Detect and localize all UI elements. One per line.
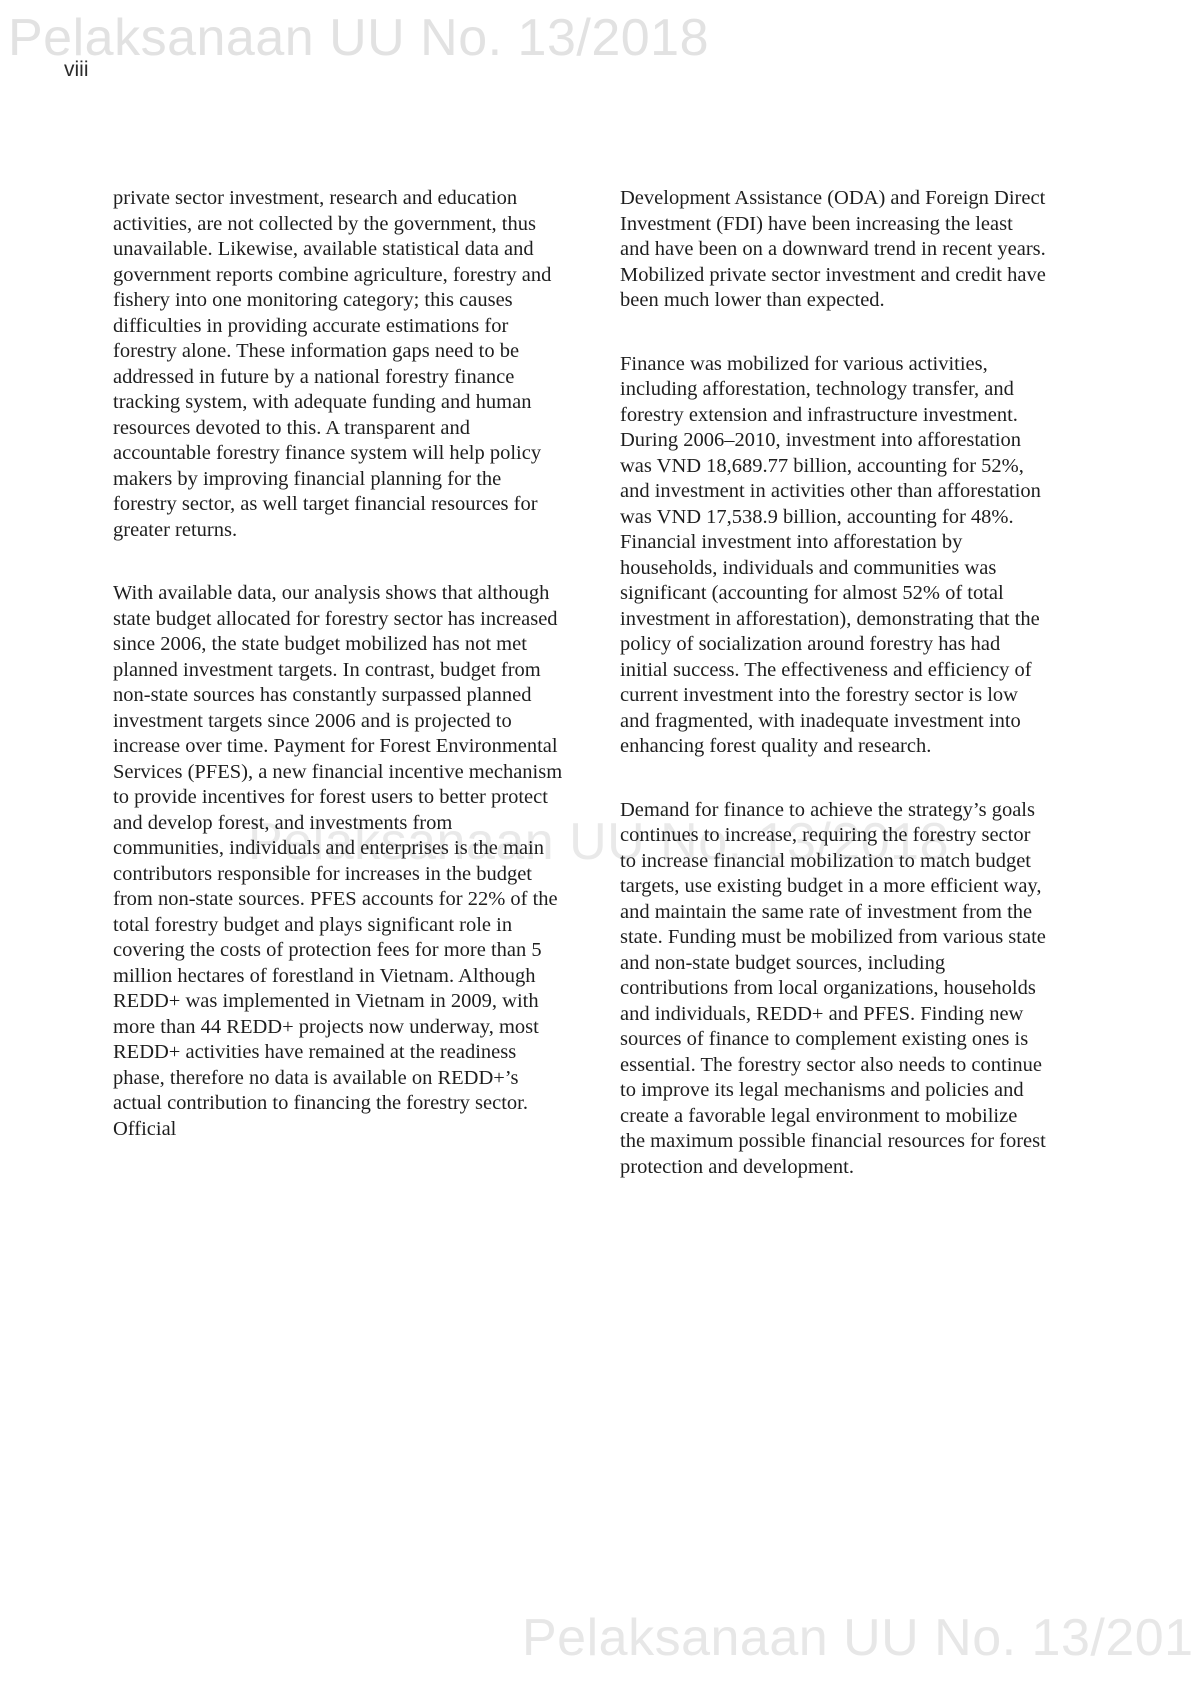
watermark-top: Pelaksanaan UU No. 13/2018 xyxy=(8,8,709,68)
paragraph-right-3: Demand for finance to achieve the strate… xyxy=(620,798,1046,1181)
left-column: private sector investment, research and … xyxy=(113,186,565,1142)
page-number: viii xyxy=(64,58,89,82)
right-column: Development Assistance (ODA) and Foreign… xyxy=(620,186,1046,1180)
paragraph-left-2: With available data, our analysis shows … xyxy=(113,581,565,1142)
document-page: Pelaksanaan UU No. 13/2018 Pelaksanaan U… xyxy=(0,0,1191,1684)
paragraph-right-1: Development Assistance (ODA) and Foreign… xyxy=(620,186,1046,314)
watermark-bottom: Pelaksanaan UU No. 13/2018 xyxy=(522,1608,1191,1668)
paragraph-left-1: private sector investment, research and … xyxy=(113,186,565,543)
paragraph-right-2: Finance was mobilized for various activi… xyxy=(620,352,1046,760)
